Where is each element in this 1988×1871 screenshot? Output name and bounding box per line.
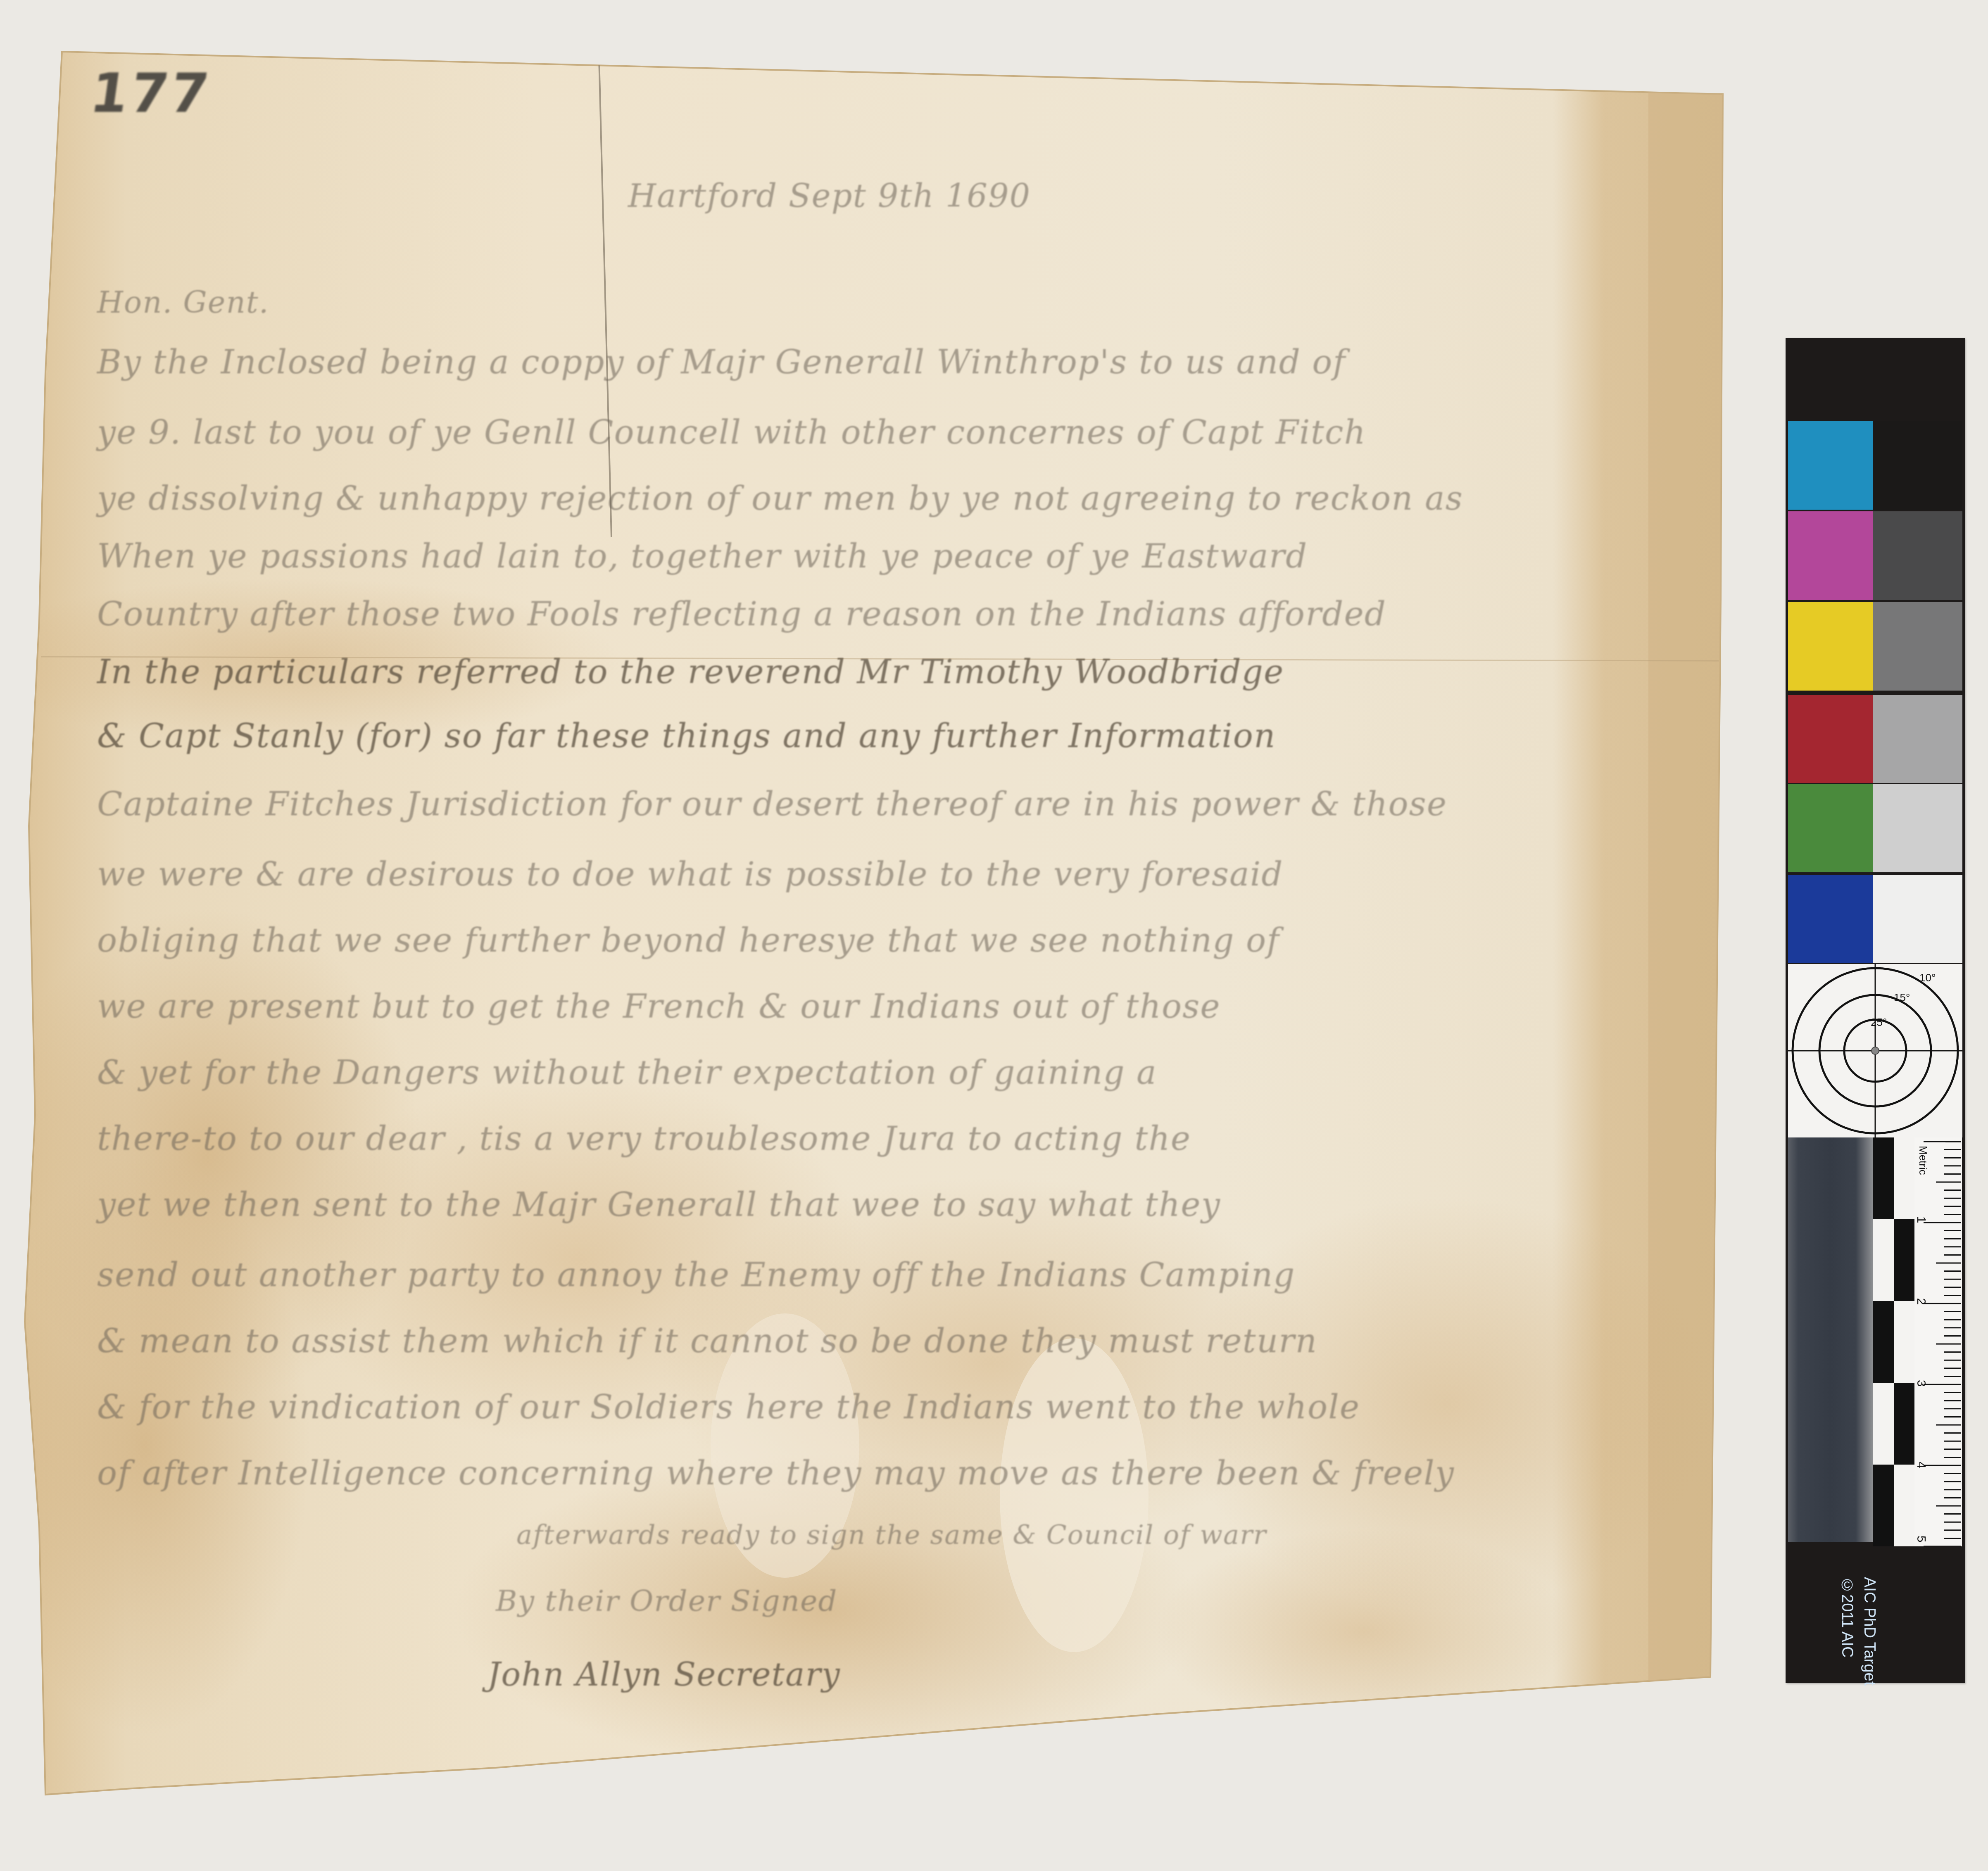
angle-label-25: 25° <box>1871 1016 1887 1029</box>
chip-row <box>1788 602 1962 691</box>
metric-ruler: Metric 1 2 3 4 5 <box>1786 1137 1965 1546</box>
chip-row <box>1788 421 1962 510</box>
ruler-tick-4: 4 <box>1914 1462 1928 1469</box>
paper-sheet <box>0 0 1988 1871</box>
chip-row <box>1788 511 1962 600</box>
white-patch <box>1873 875 1962 963</box>
ruler-tick-3: 3 <box>1914 1380 1928 1387</box>
mid-gray-patch <box>1873 602 1962 691</box>
angle-label-10: 10° <box>1919 971 1936 984</box>
black-patch <box>1873 421 1962 510</box>
card-title: AIC PhD Target <box>1858 1577 1881 1686</box>
chip-row <box>1788 784 1962 872</box>
color-reference-card: 10° 15° 25° Metric <box>1786 338 1965 1683</box>
manuscript-page: 177 Hartford Sept 9th 1690 Hon. Gent. By… <box>0 0 1988 1871</box>
dark-gray-patch <box>1873 511 1962 600</box>
ruler-scale <box>1914 1137 1962 1546</box>
red-patch <box>1788 695 1873 783</box>
chip-row <box>1788 695 1962 783</box>
card-caption: AIC PhD Target ©2011 AIC <box>1864 1577 1881 1686</box>
lighter-gray-patch <box>1873 784 1962 872</box>
green-patch <box>1788 784 1873 872</box>
checker-strip <box>1873 1137 1914 1546</box>
card-copyright: ©2011 AIC <box>1836 1577 1858 1686</box>
cyan-patch <box>1788 421 1873 510</box>
blue-patch <box>1788 875 1873 963</box>
ruler-unit-label: Metric <box>1917 1146 1929 1175</box>
focus-target-icon: 10° 15° 25° <box>1788 964 1962 1137</box>
chip-row <box>1788 875 1962 963</box>
light-gray-patch <box>1873 695 1962 783</box>
gray-lens-strip <box>1788 1137 1873 1542</box>
yellow-patch <box>1788 602 1873 691</box>
ruler-tick-5: 5 <box>1914 1536 1928 1543</box>
angle-label-15: 15° <box>1894 991 1910 1004</box>
ruler-tick-2: 2 <box>1914 1298 1928 1305</box>
ruler-tick-1: 1 <box>1914 1216 1928 1223</box>
magenta-patch <box>1788 511 1873 600</box>
